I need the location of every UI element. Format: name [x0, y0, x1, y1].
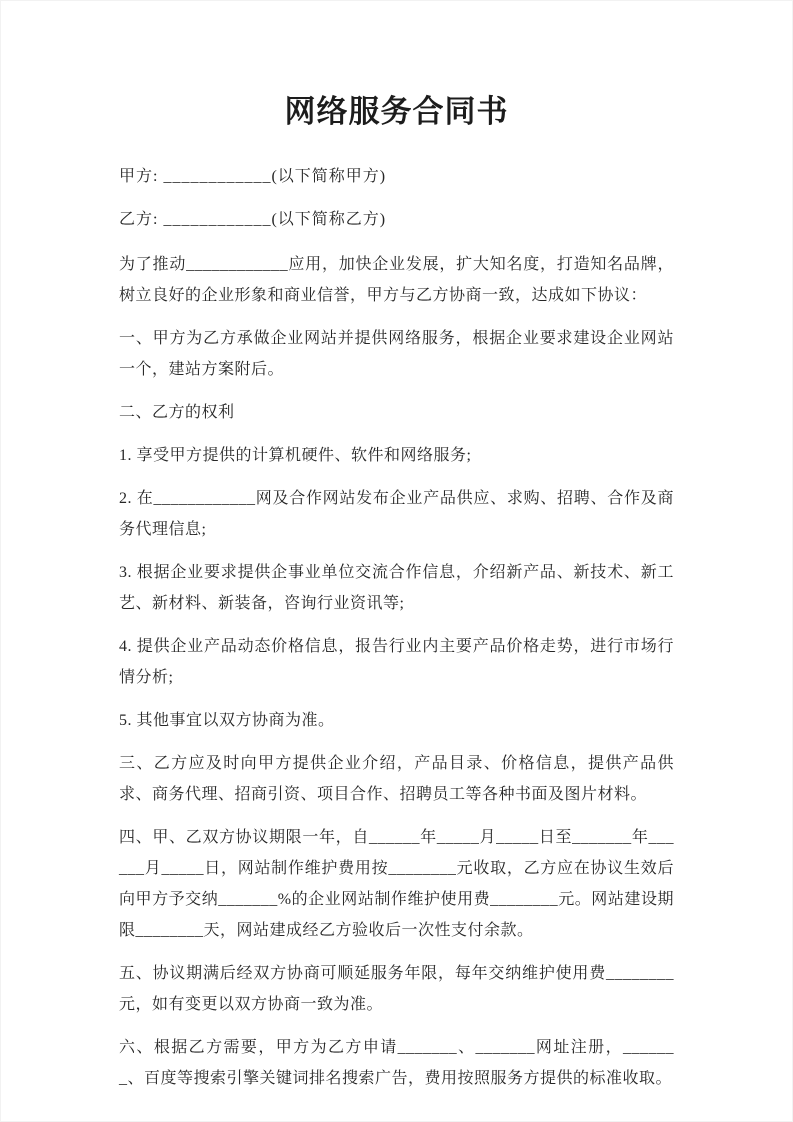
contract-clause-4: 四、甲、乙双方协议期限一年，自______年_____月_____日至_____…: [119, 822, 674, 946]
party-a-line: 甲方: ____________(以下简称甲方): [119, 161, 674, 192]
document-content: 网络服务合同书 甲方: ____________(以下简称甲方) 乙方: ___…: [1, 93, 792, 1094]
contract-clause-5: 五、协议期满后经双方协商可顺延服务年限，每年交纳维护使用费________元，如…: [119, 958, 674, 1020]
contract-clause-2-item-1: 1. 享受甲方提供的计算机硬件、软件和网络服务;: [119, 440, 674, 471]
contract-clause-2-item-3: 3. 根据企业要求提供企事业单位交流合作信息，介绍新产品、新技术、新工艺、新材料…: [119, 557, 674, 619]
contract-clause-2-item-2: 2. 在____________网及合作网站发布企业产品供应、求购、招聘、合作及…: [119, 483, 674, 545]
contract-clause-2-heading: 二、乙方的权利: [119, 397, 674, 428]
contract-clause-3: 三、乙方应及时向甲方提供企业介绍，产品目录、价格信息，提供产品供求、商务代理、招…: [119, 748, 674, 810]
document-title: 网络服务合同书: [119, 93, 674, 131]
party-b-line: 乙方: ____________(以下简称乙方): [119, 204, 674, 235]
contract-preamble: 为了推动____________应用，加快企业发展，扩大知名度，打造知名品牌，树…: [119, 249, 674, 311]
contract-clause-6: 六、根据乙方需要，甲方为乙方申请_______、_______网址注册，____…: [119, 1032, 674, 1094]
document-page: 网络服务合同书 甲方: ____________(以下简称甲方) 乙方: ___…: [0, 0, 793, 1122]
contract-clause-2-item-4: 4. 提供企业产品动态价格信息，报告行业内主要产品价格走势，进行市场行情分析;: [119, 631, 674, 693]
contract-clause-2-item-5: 5. 其他事宜以双方协商为准。: [119, 705, 674, 736]
contract-clause-1: 一、甲方为乙方承做企业网站并提供网络服务，根据企业要求建设企业网站一个，建站方案…: [119, 323, 674, 385]
